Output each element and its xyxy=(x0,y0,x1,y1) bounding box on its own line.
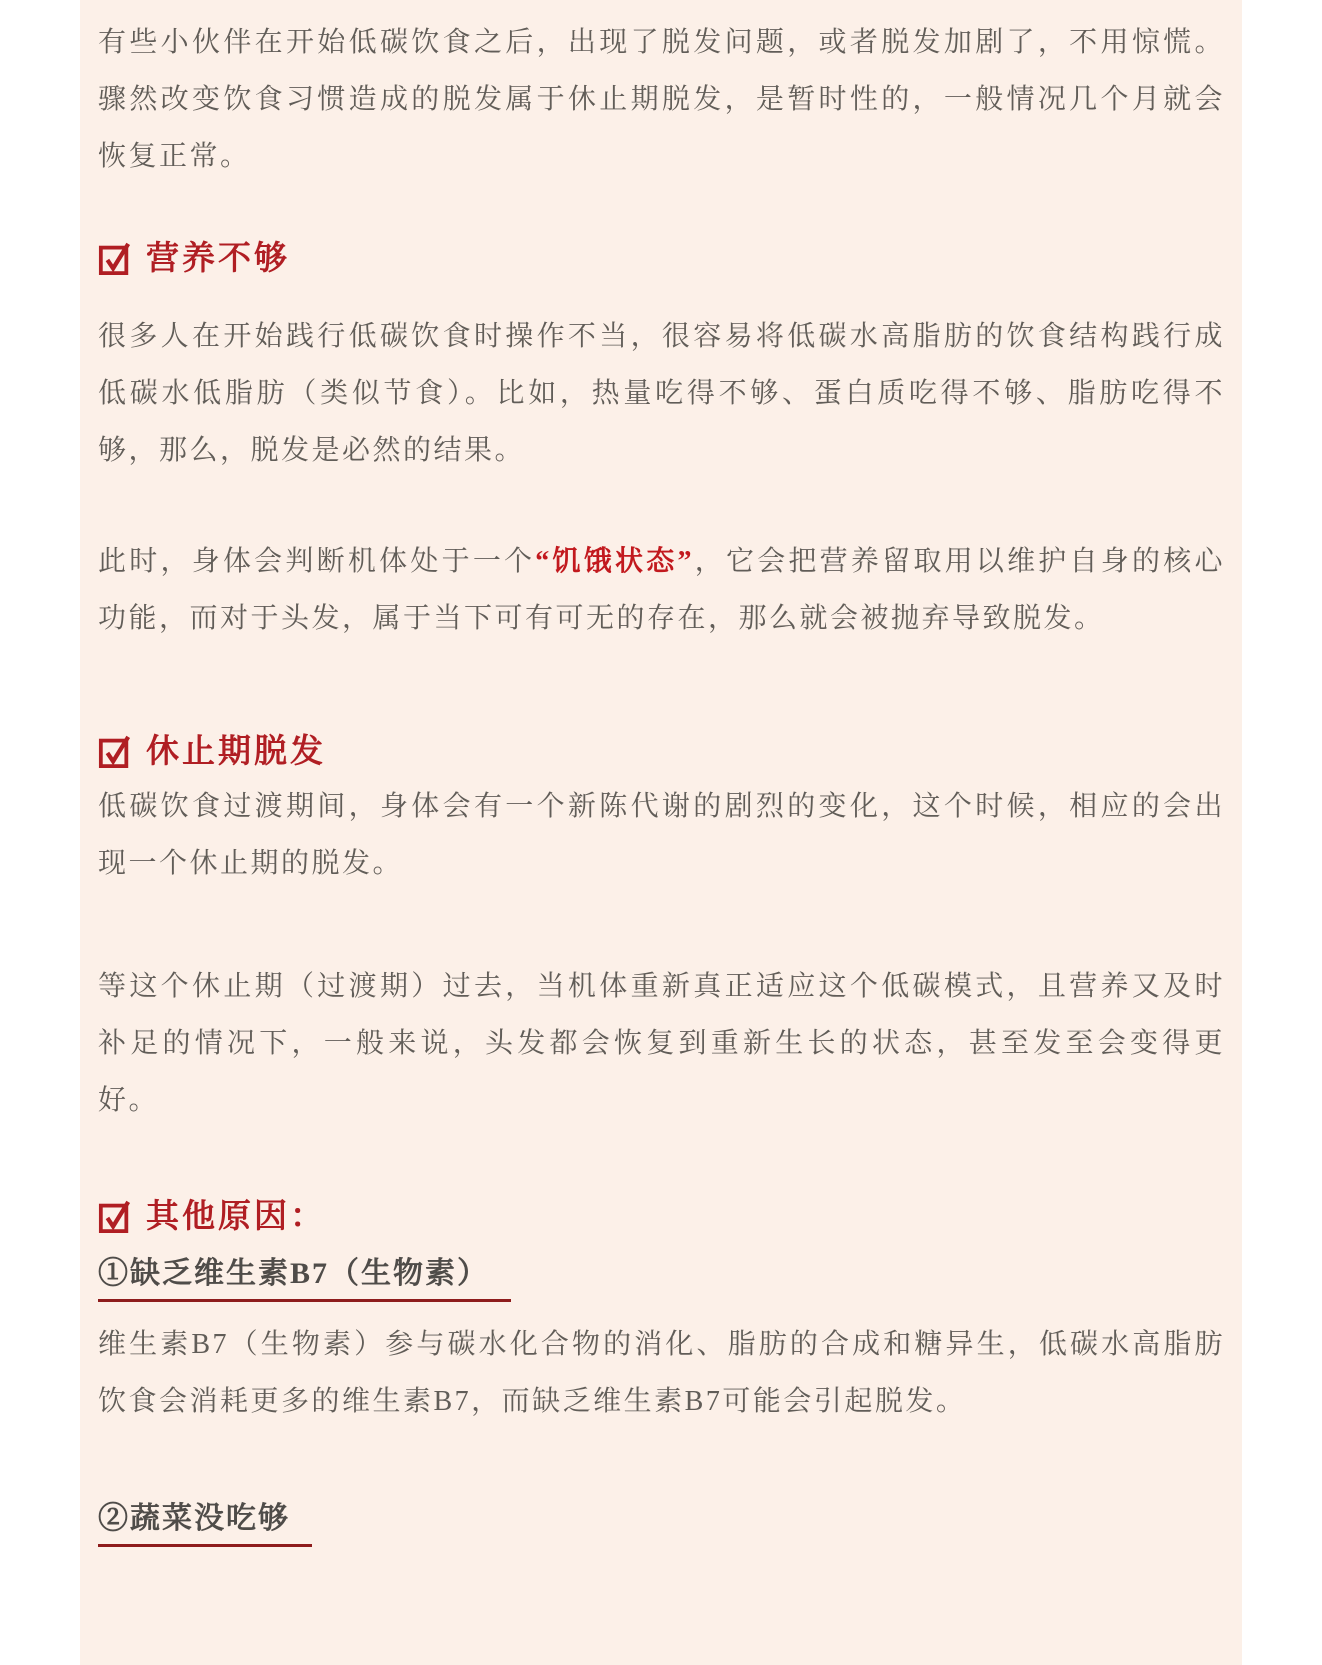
intro-paragraph: 有些小伙伴在开始低碳饮食之后，出现了脱发问题，或者脱发加剧了，不用惊慌。骤然改变… xyxy=(98,14,1225,185)
paragraph-text: 此时，身体会判断机体处于一个 xyxy=(98,546,535,577)
telogen-paragraph-2: 等这个休止期（过渡期）过去，当机体重新真正适应这个低碳模式，且营养又及时补足的情… xyxy=(98,958,1225,1129)
section-heading-label: 休止期脱发 xyxy=(146,729,326,773)
starvation-state-highlight: “饥饿状态” xyxy=(535,546,694,577)
underlined-subtitle: ①缺乏维生素B7（生物素） xyxy=(98,1251,511,1302)
section-heading-label: 其他原因： xyxy=(146,1194,326,1238)
checkbox-checked-icon xyxy=(98,240,132,276)
subitem-vitamin-b7-title: ①缺乏维生素B7（生物素） xyxy=(98,1251,1225,1302)
article-panel: 有些小伙伴在开始低碳饮食之后，出现了脱发问题，或者脱发加剧了，不用惊慌。骤然改变… xyxy=(80,0,1242,1665)
checkbox-checked-icon xyxy=(98,733,132,769)
telogen-paragraph-1: 低碳饮食过渡期间，身体会有一个新陈代谢的剧烈的变化，这个时候，相应的会出现一个休… xyxy=(98,778,1225,892)
section-heading-nutrition: 营养不够 xyxy=(98,236,1225,280)
nutrition-paragraph-2: 此时，身体会判断机体处于一个“饥饿状态”，它会把营养留取用以维护自身的核心功能，… xyxy=(98,533,1225,647)
section-heading-other-reasons: 其他原因： xyxy=(98,1194,1225,1238)
underlined-subtitle: ②蔬菜没吃够 xyxy=(98,1496,312,1547)
checkbox-checked-icon xyxy=(98,1198,132,1234)
vitamin-b7-paragraph: 维生素B7（生物素）参与碳水化合物的消化、脂肪的合成和糖异生，低碳水高脂肪饮食会… xyxy=(98,1316,1225,1430)
nutrition-paragraph-1: 很多人在开始践行低碳饮食时操作不当，很容易将低碳水高脂肪的饮食结构践行成低碳水低… xyxy=(98,308,1225,479)
section-heading-label: 营养不够 xyxy=(146,236,290,280)
section-heading-telogen: 休止期脱发 xyxy=(98,729,1225,773)
subitem-vegetables-title: ②蔬菜没吃够 xyxy=(98,1496,1225,1547)
